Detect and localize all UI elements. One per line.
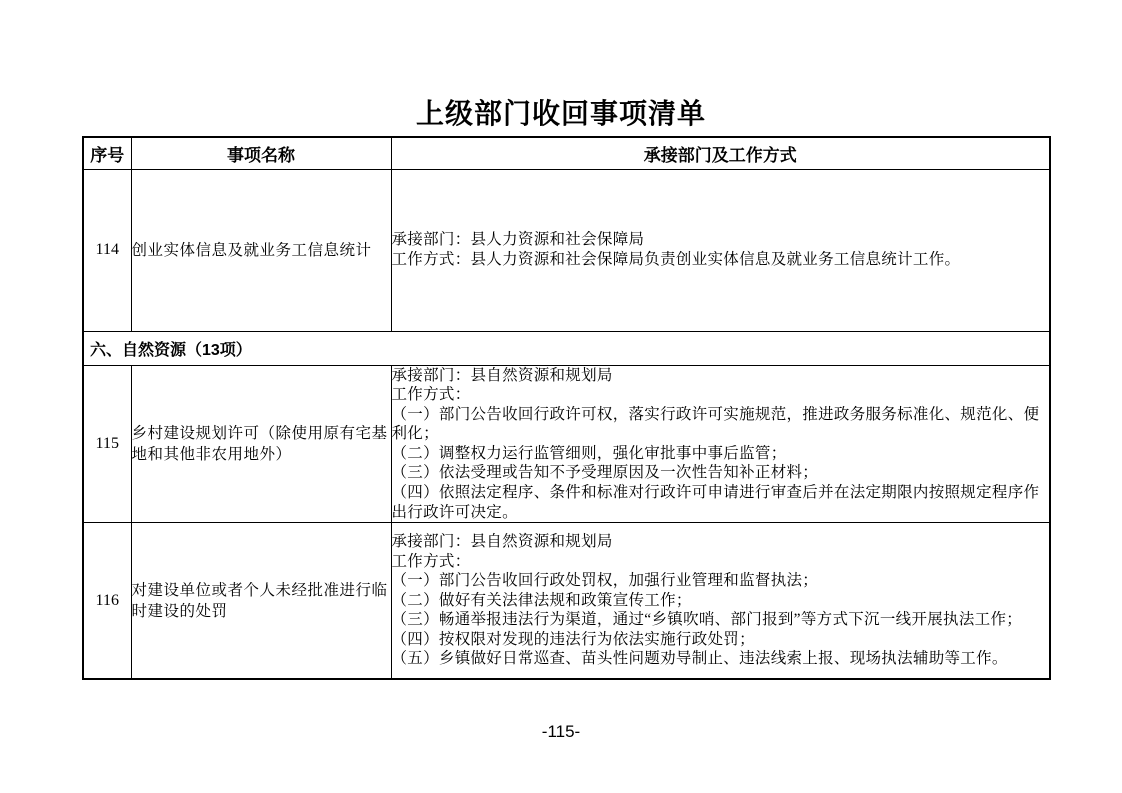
- detail-line: 承接部门：县人力资源和社会保障局: [392, 230, 1050, 250]
- item-name: 创业实体信息及就业务工信息统计: [131, 169, 391, 331]
- detail-line: （三）畅通举报违法行为渠道，通过“乡镇吹哨、部门报到”等方式下沉一线开展执法工作…: [392, 610, 1050, 630]
- detail-line: 工作方式：: [392, 552, 1050, 572]
- items-table: 序号 事项名称 承接部门及工作方式 114 创业实体信息及就业务工信息统计 承接…: [82, 136, 1051, 680]
- serial-number: 116: [83, 523, 131, 679]
- item-name: 对建设单位或者个人未经批准进行临时建设的处罚: [131, 523, 391, 679]
- detail-line: （二）做好有关法律法规和政策宣传工作；: [392, 591, 1050, 611]
- page-number: -115-: [0, 722, 1122, 742]
- item-details: 承接部门：县自然资源和规划局 工作方式： （一）部门公告收回行政处罚权，加强行业…: [391, 523, 1050, 679]
- table-row-115: 115 乡村建设规划许可（除使用原有宅基地和其他非农用地外） 承接部门：县自然资…: [83, 365, 1050, 523]
- detail-line: （三）依法受理或告知不予受理原因及一次性告知补正材料；: [392, 463, 1050, 483]
- section-header-row: 六、自然资源（13项）: [83, 331, 1050, 365]
- detail-line: （四）按权限对发现的违法行为依法实施行政处罚；: [392, 630, 1050, 650]
- col-header-serial-number: 序号: [83, 137, 131, 169]
- table-row-114: 114 创业实体信息及就业务工信息统计 承接部门：县人力资源和社会保障局 工作方…: [83, 169, 1050, 331]
- detail-line: （四）依照法定程序、条件和标准对行政许可申请进行审查后并在法定期限内按照规定程序…: [392, 483, 1050, 522]
- document-page: 上级部门收回事项清单 序号 事项名称 承接部门及工作方式 114 创业实体信息及…: [0, 0, 1122, 793]
- item-details: 承接部门：县人力资源和社会保障局 工作方式：县人力资源和社会保障局负责创业实体信…: [391, 169, 1050, 331]
- col-header-department-method: 承接部门及工作方式: [391, 137, 1050, 169]
- serial-number: 114: [83, 169, 131, 331]
- detail-line: 工作方式：: [392, 385, 1050, 405]
- table-header-row: 序号 事项名称 承接部门及工作方式: [83, 137, 1050, 169]
- detail-line: （一）部门公告收回行政许可权，落实行政许可实施规范，推进政务服务标准化、规范化、…: [392, 405, 1050, 444]
- item-name: 乡村建设规划许可（除使用原有宅基地和其他非农用地外）: [131, 365, 391, 523]
- section-header-label: 六、自然资源（13项）: [83, 331, 1050, 365]
- detail-line: 承接部门：县自然资源和规划局: [392, 366, 1050, 386]
- serial-number: 115: [83, 365, 131, 523]
- table-row-116: 116 对建设单位或者个人未经批准进行临时建设的处罚 承接部门：县自然资源和规划…: [83, 523, 1050, 679]
- detail-line: （一）部门公告收回行政处罚权，加强行业管理和监督执法；: [392, 571, 1050, 591]
- item-details: 承接部门：县自然资源和规划局 工作方式： （一）部门公告收回行政许可权，落实行政…: [391, 365, 1050, 523]
- detail-line: 工作方式：县人力资源和社会保障局负责创业实体信息及就业务工信息统计工作。: [392, 250, 1050, 270]
- detail-line: （五）乡镇做好日常巡查、苗头性问题劝导制止、违法线索上报、现场执法辅助等工作。: [392, 649, 1050, 669]
- detail-line: 承接部门：县自然资源和规划局: [392, 532, 1050, 552]
- col-header-item-name: 事项名称: [131, 137, 391, 169]
- document-title: 上级部门收回事项清单: [0, 92, 1122, 132]
- detail-line: （二）调整权力运行监管细则，强化审批事中事后监管；: [392, 444, 1050, 464]
